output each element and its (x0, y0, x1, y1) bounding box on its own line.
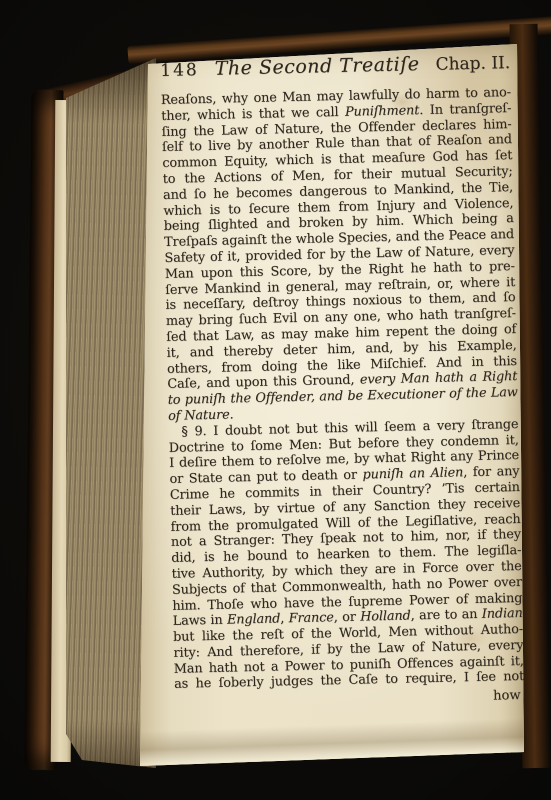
running-title: The Second Treatiſe (198, 53, 435, 80)
chapter-heading: Chap. II. (435, 53, 510, 75)
book-photograph: 148 The Second Treatiſe Chap. II. Reaſon… (0, 0, 551, 800)
body-text: Reaſons, why one Man may lawfully do har… (161, 85, 525, 693)
page-number: 148 (160, 60, 199, 81)
printed-text-block: 148 The Second Treatiſe Chap. II. Reaſon… (160, 51, 525, 711)
